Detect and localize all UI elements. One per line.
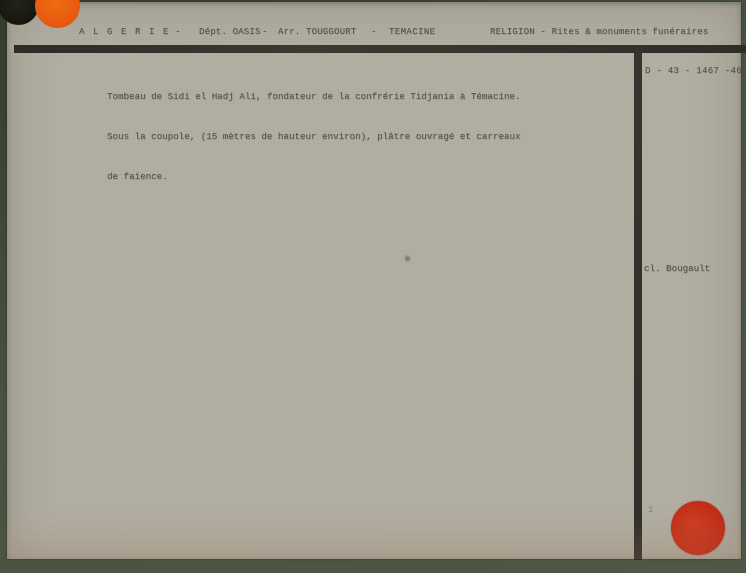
header-arrondissement: Arr. TOUGGOURT	[278, 27, 356, 37]
scanned-card-photograph: A L G E R I E - Dépt. OASIS - Arr. TOUGG…	[0, 0, 746, 573]
description-text: Tombeau de Sidi el Hadj Ali, fondateur d…	[107, 64, 521, 209]
header-separator: -	[262, 27, 268, 37]
description-line: Sous la coupole, (15 mètres de hauteur e…	[107, 130, 521, 143]
photographer-credit: cl. Bougault	[644, 263, 710, 274]
header-separator: -	[371, 27, 377, 37]
header-department: Dépt. OASIS	[199, 27, 261, 37]
header-place: TEMACINE	[389, 27, 435, 37]
header-rubric: RELIGION - Rites & monuments funéraires	[490, 27, 708, 37]
index-card: A L G E R I E - Dépt. OASIS - Arr. TOUGG…	[7, 2, 741, 559]
header-country: A L G E R I E	[79, 27, 170, 37]
ink-smudge	[404, 254, 411, 263]
red-dot-sticker	[671, 501, 725, 555]
column-divider-rule	[634, 51, 642, 560]
description-line: Tombeau de Sidi el Hadj Ali, fondateur d…	[107, 90, 521, 103]
reference-number: D - 43 - 1467 -461	[645, 66, 746, 76]
description-line: de faïence.	[107, 170, 521, 183]
header-separator: -	[175, 27, 181, 37]
pencil-mark: 1	[648, 505, 654, 515]
